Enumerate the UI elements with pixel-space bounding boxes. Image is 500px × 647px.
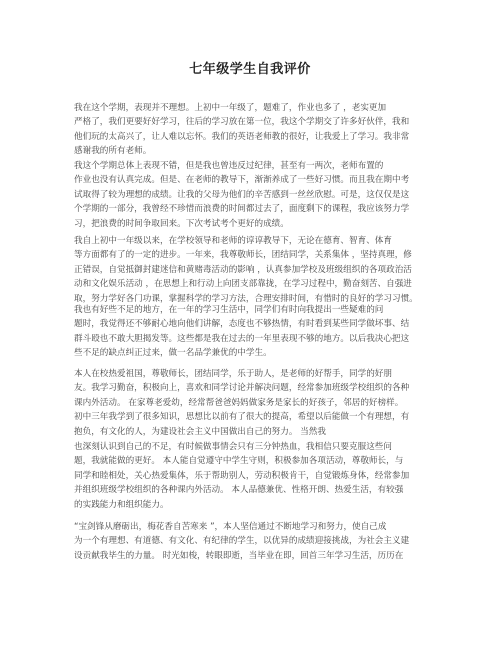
paragraph-line: 课内外活动。 在家尊老爱幼，经常帮爸爸妈妈做家务是家长的好孩子，邻居的好榜样。 [74,396,428,410]
paragraph-line: “宝剑锋从磨砺出，梅花香自苦寒来 ”，本人坚信通过不断地学习和努力，使自己成 [74,520,428,534]
paragraph-line: 个学期的一部分，我曾经不珍惜而浪费的时间都过去了，面度剩下的课程，我应该努力学 [74,202,428,216]
paragraph-line: 为一个有理想、有道德、有文化、有纪律的学生，以优异的成绩迎接挑战，为社会主义建 [74,534,428,548]
paragraph-line: 也深刻认识到自己的不足，有时候做事情会只有三分钟热血，我相信只要克服这些问 [74,440,428,454]
paragraph-line: 感谢我的所有老师。 [74,144,428,158]
paragraph-line: 并组织班级学校组织的各种课内外活动。 本人品德兼优、性格开朗、热爱生活，有较强 [74,483,428,497]
paragraph-line: 同学和睦相处，关心热爱集体，乐于帮助别人，劳动积极肯干，自觉锻炼身体，经常参加 [74,469,428,483]
paragraph: 我在这个学期，表现并不理想。上初中一年级了，题难了，作业也多了 ，老实更加严格了… [74,101,428,159]
paragraph-line: 严格了，我们更要好好学习，往后的学习放在第一位，我这个学期交了许多好伙伴，我和 [74,115,428,129]
paragraph-line: 等方面都有了的一定的进步。一年来，我尊敬师长，团结同学，关系集体 ，坚持真理，修 [74,248,428,262]
paragraph-line: 初中三年我学到了很多知识，思想比以前有了很大的提高，希望以后能做一个有理想，有 [74,410,428,424]
document-page: 七年级学生自我评价 我在这个学期，表现并不理想。上初中一年级了，题难了，作业也多… [0,0,500,647]
paragraph-line: 设贡献我毕生的力量。 时光如梭，转眼即逝，当毕业在即，回首三年学习生活，历历在 [74,549,428,563]
paragraph-line: 我这个学期总体上表现不错，但是我也曾违反过纪律，甚至有一两次，老师布置的 [74,159,428,173]
paragraph-line: 友。我学习勤奋，积极向上，喜欢和同学讨论并解决问题，经常参加班级学校组织的各种 [74,381,428,395]
document-title: 七年级学生自我评价 [0,58,500,77]
paragraph-line: 我在这个学期，表现并不理想。上初中一年级了，题难了，作业也多了 ，老实更加 [74,101,428,115]
paragraph-line: 作业也没有认真完成。但是、在老师的教导下，渐渐养成了一些好习惯。而且我在期中考 [74,173,428,187]
paragraph: “宝剑锋从磨砺出，梅花香自苦寒来 ”，本人坚信通过不断地学习和努力，使自己成为一… [74,520,428,563]
paragraph-line: 本人在校热爱祖国，尊敬师长，团结同学，乐于助人，是老师的好帮手，同学的好朋 [74,367,428,381]
paragraph: 我这个学期总体上表现不错，但是我也曾违反过纪律，甚至有一两次，老师布置的作业也没… [74,159,428,231]
paragraph-line: 题时，我觉得还不够耐心地向他们讲解，态度也不够热情，有时看到某些同学做坏事、结 [74,317,428,331]
paragraph-line: 我也有好些不足的地方，在一年的学习生活中，同学们有时向我提出一些疑难的问 [74,303,428,317]
paragraph-line: 习，把浪费的时间争取回来。下次考试考个更好的成绩。 [74,217,428,231]
paragraph-line: 的实践能力和组织能力。 [74,498,428,512]
paragraph-line: 题，我就能做的更好。 本人能自觉遵守中学生守则，积极参加各项活动，尊敬师长，与 [74,454,428,468]
paragraph: 我也有好些不足的地方，在一年的学习生活中，同学们有时向我提出一些疑难的问题时，我… [74,303,428,361]
paragraph-line: 些不足的缺点纠正过来，做一名品学兼优的中学生。 [74,346,428,360]
paragraph-line: 试取得了较为理想的成绩。让我的父母为他们的辛苦感到一丝丝欣慰。可是，这仅仅是这 [74,188,428,202]
paragraph: 本人在校热爱祖国，尊敬师长，团结同学，乐于助人，是老师的好帮手，同学的好朋友。我… [74,367,428,439]
paragraph-line: 群斗殴也不敢大胆揭发等。这些都是我在过去的一年里表现不够的地方。以后我决心把这 [74,332,428,346]
paragraph-line: 抱负，有文化的人，为建设社会主义中国做出自己的努力。 当然我 [74,425,428,439]
paragraph-line: 我自上初中一年级以来，在学校领导和老师的谆谆教导下，无论在德育、智育、体育 [74,234,428,248]
paragraph-line: 正错误，自觉抵御封建迷信和黄赌毒活动的影响 ，认真参加学校及班级组织的各项政治活 [74,263,428,277]
paragraph: 我自上初中一年级以来，在学校领导和老师的谆谆教导下，无论在德育、智育、体育等方面… [74,234,428,306]
paragraph: 也深刻认识到自己的不足，有时候做事情会只有三分钟热血，我相信只要克服这些问题，我… [74,440,428,512]
paragraph-line: 动和文化娱乐活动 ，在思想上和行动上向团支部靠拢，在学习过程中，勤奋刻苦、自强进 [74,277,428,291]
paragraph-line: 他们玩的太高兴了，让人难以忘怀。我们的英语老师教的很好，让我爱上了学习。我非常 [74,130,428,144]
